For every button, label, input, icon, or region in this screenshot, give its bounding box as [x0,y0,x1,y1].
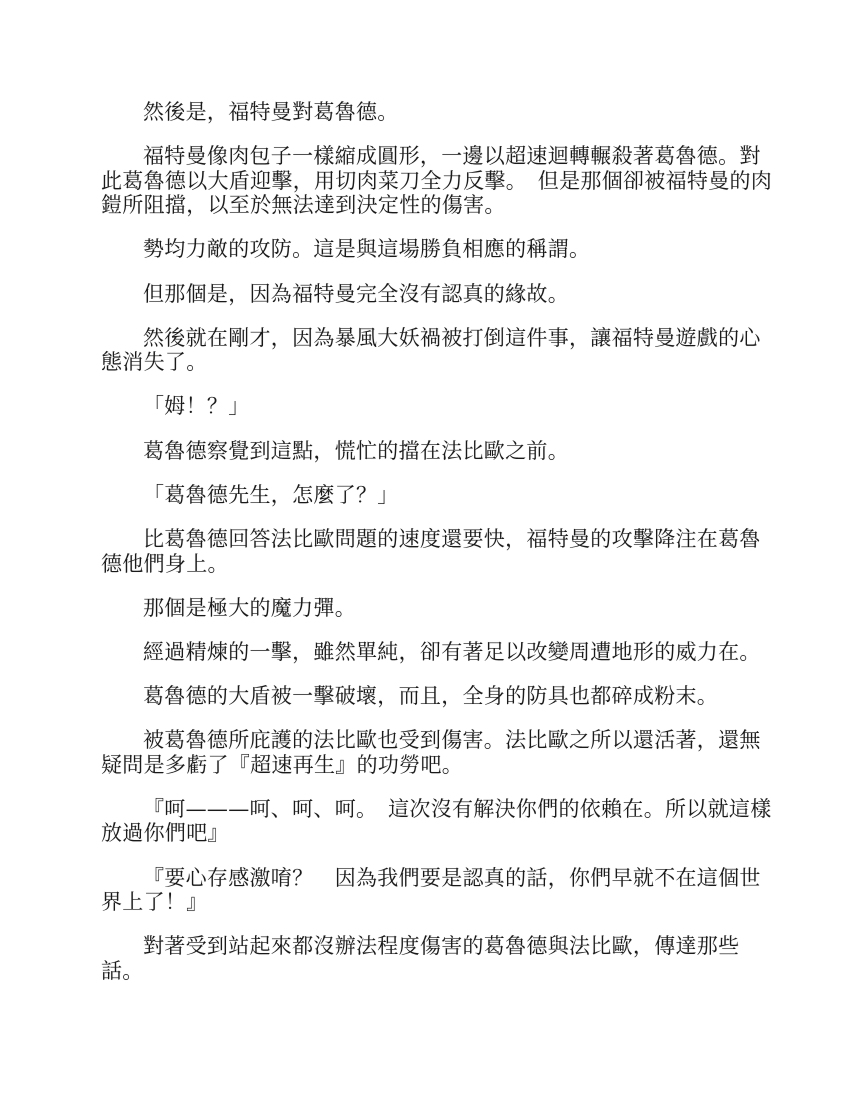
paragraph: 比葛魯德回答法比歐問題的速度還要快，福特曼的攻擊降注在葛魯德他們身上。 [101,527,773,576]
paragraph: 然後就在剛才，因為暴風大妖禍被打倒這件事，讓福特曼遊戲的心態消失了。 [101,326,773,375]
paragraph: 『呵———呵、呵、呵。 這次沒有解決你們的依賴在。所以就這樣放過你們吧』 [101,797,773,846]
document-page: 然後是，福特曼對葛魯德。 福特曼像肉包子一樣縮成圓形，一邊以超速迴轉輾殺著葛魯德… [101,100,773,1003]
paragraph: 福特曼像肉包子一樣縮成圓形，一邊以超速迴轉輾殺著葛魯德。對此葛魯德以大盾迎擊，用… [101,144,773,218]
paragraph: 葛魯德的大盾被一擊破壞，而且，全身的防具也都碎成粉末。 [101,684,773,709]
paragraph: 對著受到站起來都沒辦法程度傷害的葛魯德與法比歐，傳達那些話。 [101,934,773,983]
paragraph: 但那個是，因為福特曼完全沒有認真的緣故。 [101,282,773,307]
paragraph: 那個是極大的魔力彈。 [101,596,773,621]
paragraph: 被葛魯德所庇護的法比歐也受到傷害。法比歐之所以還活著，還無疑問是多虧了『超速再生… [101,728,773,777]
paragraph: 勢均力敵的攻防。這是與這場勝負相應的稱謂。 [101,237,773,262]
paragraph: 「葛魯德先生，怎麼了？」 [101,483,773,508]
paragraph: 然後是，福特曼對葛魯德。 [101,100,773,125]
paragraph: 經過精煉的一擊，雖然單純，卻有著足以改變周遭地形的威力在。 [101,640,773,665]
paragraph: 『要心存感激唷？ 因為我們要是認真的話，你們早就不在這個世界上了！』 [101,866,773,915]
paragraph: 「姆！？」 [101,394,773,419]
paragraph: 葛魯德察覺到這點，慌忙的擋在法比歐之前。 [101,439,773,464]
